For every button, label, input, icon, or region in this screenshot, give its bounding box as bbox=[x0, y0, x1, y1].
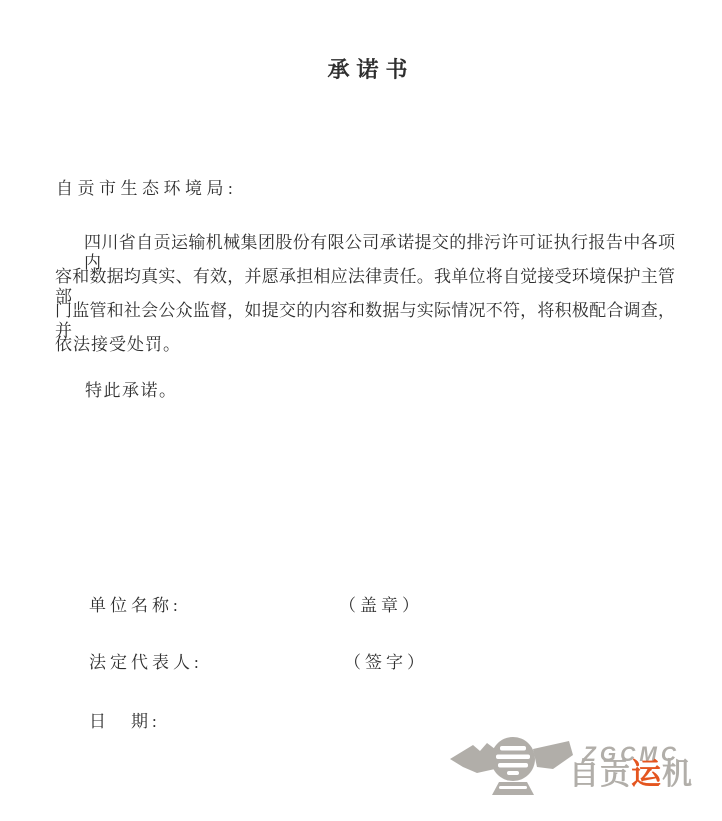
logo-name-prefix: 自贡 bbox=[569, 758, 631, 791]
salutation-line: 自贡市生态环境局: bbox=[56, 179, 237, 199]
unit-name-label: 单位名称: bbox=[89, 596, 182, 616]
document-page: 承诺书 自贡市生态环境局: 四川省自贡运输机械集团股份有限公司承诺提交的排污许可… bbox=[0, 0, 722, 821]
closing-statement: 特此承诺。 bbox=[85, 381, 178, 401]
signature-row-unit: 单位名称: （盖章） bbox=[56, 596, 676, 620]
legal-representative-label: 法定代表人: bbox=[89, 653, 203, 673]
signature-row-representative: 法定代表人: （签字） bbox=[56, 653, 676, 677]
company-logo: ZGCMC 自贡运机 bbox=[447, 733, 719, 797]
logo-name-text: 自贡运机 bbox=[569, 760, 693, 790]
logo-name-suffix: 机 bbox=[662, 758, 693, 791]
logo-name-highlight: 运 bbox=[631, 758, 662, 791]
stamp-note: （盖章） bbox=[339, 596, 423, 616]
document-title: 承诺书 bbox=[66, 58, 676, 82]
signature-note: （签字） bbox=[344, 653, 428, 673]
body-paragraph-line: 依法接受处罚。 bbox=[55, 335, 675, 355]
date-label: 日 期: bbox=[89, 712, 161, 732]
crane-globe-emblem-icon bbox=[447, 735, 573, 797]
